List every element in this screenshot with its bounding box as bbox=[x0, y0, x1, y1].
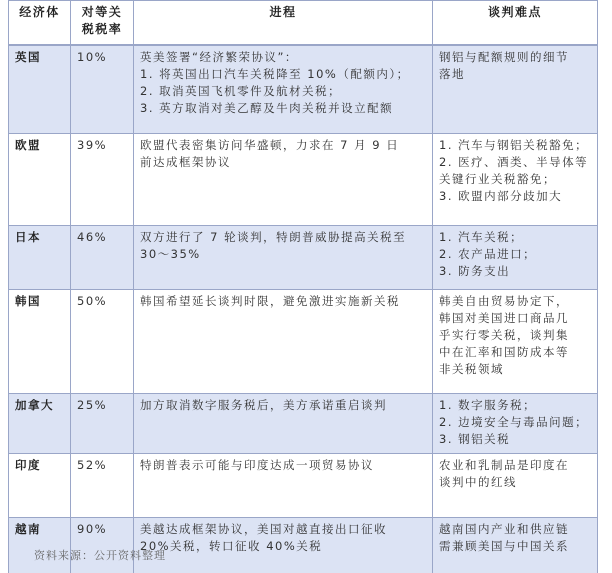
economy-cell: 越南 bbox=[9, 517, 71, 573]
table-row: 英国10%英美签署“经济繁荣协议”：1. 将英国出口汽车关税降至 10%（配额内… bbox=[9, 45, 598, 133]
economy-cell: 加拿大 bbox=[9, 393, 71, 453]
header-economy: 经济体 bbox=[9, 1, 71, 46]
table-row: 欧盟39%欧盟代表密集访问华盛顿，力求在 7 月 9 日前达成框架协议1. 汽车… bbox=[9, 133, 598, 225]
difficulty-cell: 钢铝与配额规则的细节落地 bbox=[433, 45, 598, 133]
economy-cell: 印度 bbox=[9, 453, 71, 517]
economy-cell: 欧盟 bbox=[9, 133, 71, 225]
table-row: 越南90%美越达成框架协议，美国对越直接出口征收20%关税，转口征收 40%关税… bbox=[9, 517, 598, 573]
economy-cell: 日本 bbox=[9, 225, 71, 289]
rate-cell: 52% bbox=[71, 453, 134, 517]
difficulty-cell: 1. 汽车关税；2. 农产品进口；3. 防务支出 bbox=[433, 225, 598, 289]
rate-cell: 39% bbox=[71, 133, 134, 225]
progress-cell: 欧盟代表密集访问华盛顿，力求在 7 月 9 日前达成框架协议 bbox=[134, 133, 433, 225]
rate-cell: 46% bbox=[71, 225, 134, 289]
header-difficulty: 谈判难点 bbox=[433, 1, 598, 46]
progress-cell: 特朗普表示可能与印度达成一项贸易协议 bbox=[134, 453, 433, 517]
economy-cell: 韩国 bbox=[9, 289, 71, 393]
progress-cell: 双方进行了 7 轮谈判，特朗普威胁提高关税至30～35% bbox=[134, 225, 433, 289]
table-row: 加拿大25%加方取消数字服务税后，美方承诺重启谈判1. 数字服务税；2. 边境安… bbox=[9, 393, 598, 453]
table-header-row: 经济体 对等关 税税率 进程 谈判难点 bbox=[9, 1, 598, 46]
header-rate: 对等关 税税率 bbox=[71, 1, 134, 46]
difficulty-cell: 1. 汽车与钢铝关税豁免；2. 医疗、酒类、半导体等关键行业关税豁免；3. 欧盟… bbox=[433, 133, 598, 225]
progress-cell: 韩国希望延长谈判时限，避免激进实施新关税 bbox=[134, 289, 433, 393]
table-row: 韩国50%韩国希望延长谈判时限，避免激进实施新关税韩美自由贸易协定下，韩国对美国… bbox=[9, 289, 598, 393]
progress-cell: 加方取消数字服务税后，美方承诺重启谈判 bbox=[134, 393, 433, 453]
difficulty-cell: 韩美自由贸易协定下，韩国对美国进口商品几乎实行零关税，谈判集中在汇率和国防成本等… bbox=[433, 289, 598, 393]
table-row: 印度52%特朗普表示可能与印度达成一项贸易协议农业和乳制品是印度在谈判中的红线 bbox=[9, 453, 598, 517]
source-note: 资料来源：公开资料整理 bbox=[34, 547, 166, 563]
rate-cell: 25% bbox=[71, 393, 134, 453]
progress-cell: 美越达成框架协议，美国对越直接出口征收20%关税，转口征收 40%关税 bbox=[134, 517, 433, 573]
header-progress: 进程 bbox=[134, 1, 433, 46]
difficulty-cell: 1. 数字服务税；2. 边境安全与毒品问题；3. 钢铝关税 bbox=[433, 393, 598, 453]
table-row: 日本46%双方进行了 7 轮谈判，特朗普威胁提高关税至30～35%1. 汽车关税… bbox=[9, 225, 598, 289]
rate-cell: 50% bbox=[71, 289, 134, 393]
economy-cell: 英国 bbox=[9, 45, 71, 133]
rate-cell: 90% bbox=[71, 517, 134, 573]
progress-cell: 英美签署“经济繁荣协议”：1. 将英国出口汽车关税降至 10%（配额内）；2. … bbox=[134, 45, 433, 133]
tariff-negotiation-table: 经济体 对等关 税税率 进程 谈判难点 英国10%英美签署“经济繁荣协议”：1.… bbox=[8, 0, 598, 573]
difficulty-cell: 农业和乳制品是印度在谈判中的红线 bbox=[433, 453, 598, 517]
rate-cell: 10% bbox=[71, 45, 134, 133]
difficulty-cell: 越南国内产业和供应链需兼顾美国与中国关系 bbox=[433, 517, 598, 573]
